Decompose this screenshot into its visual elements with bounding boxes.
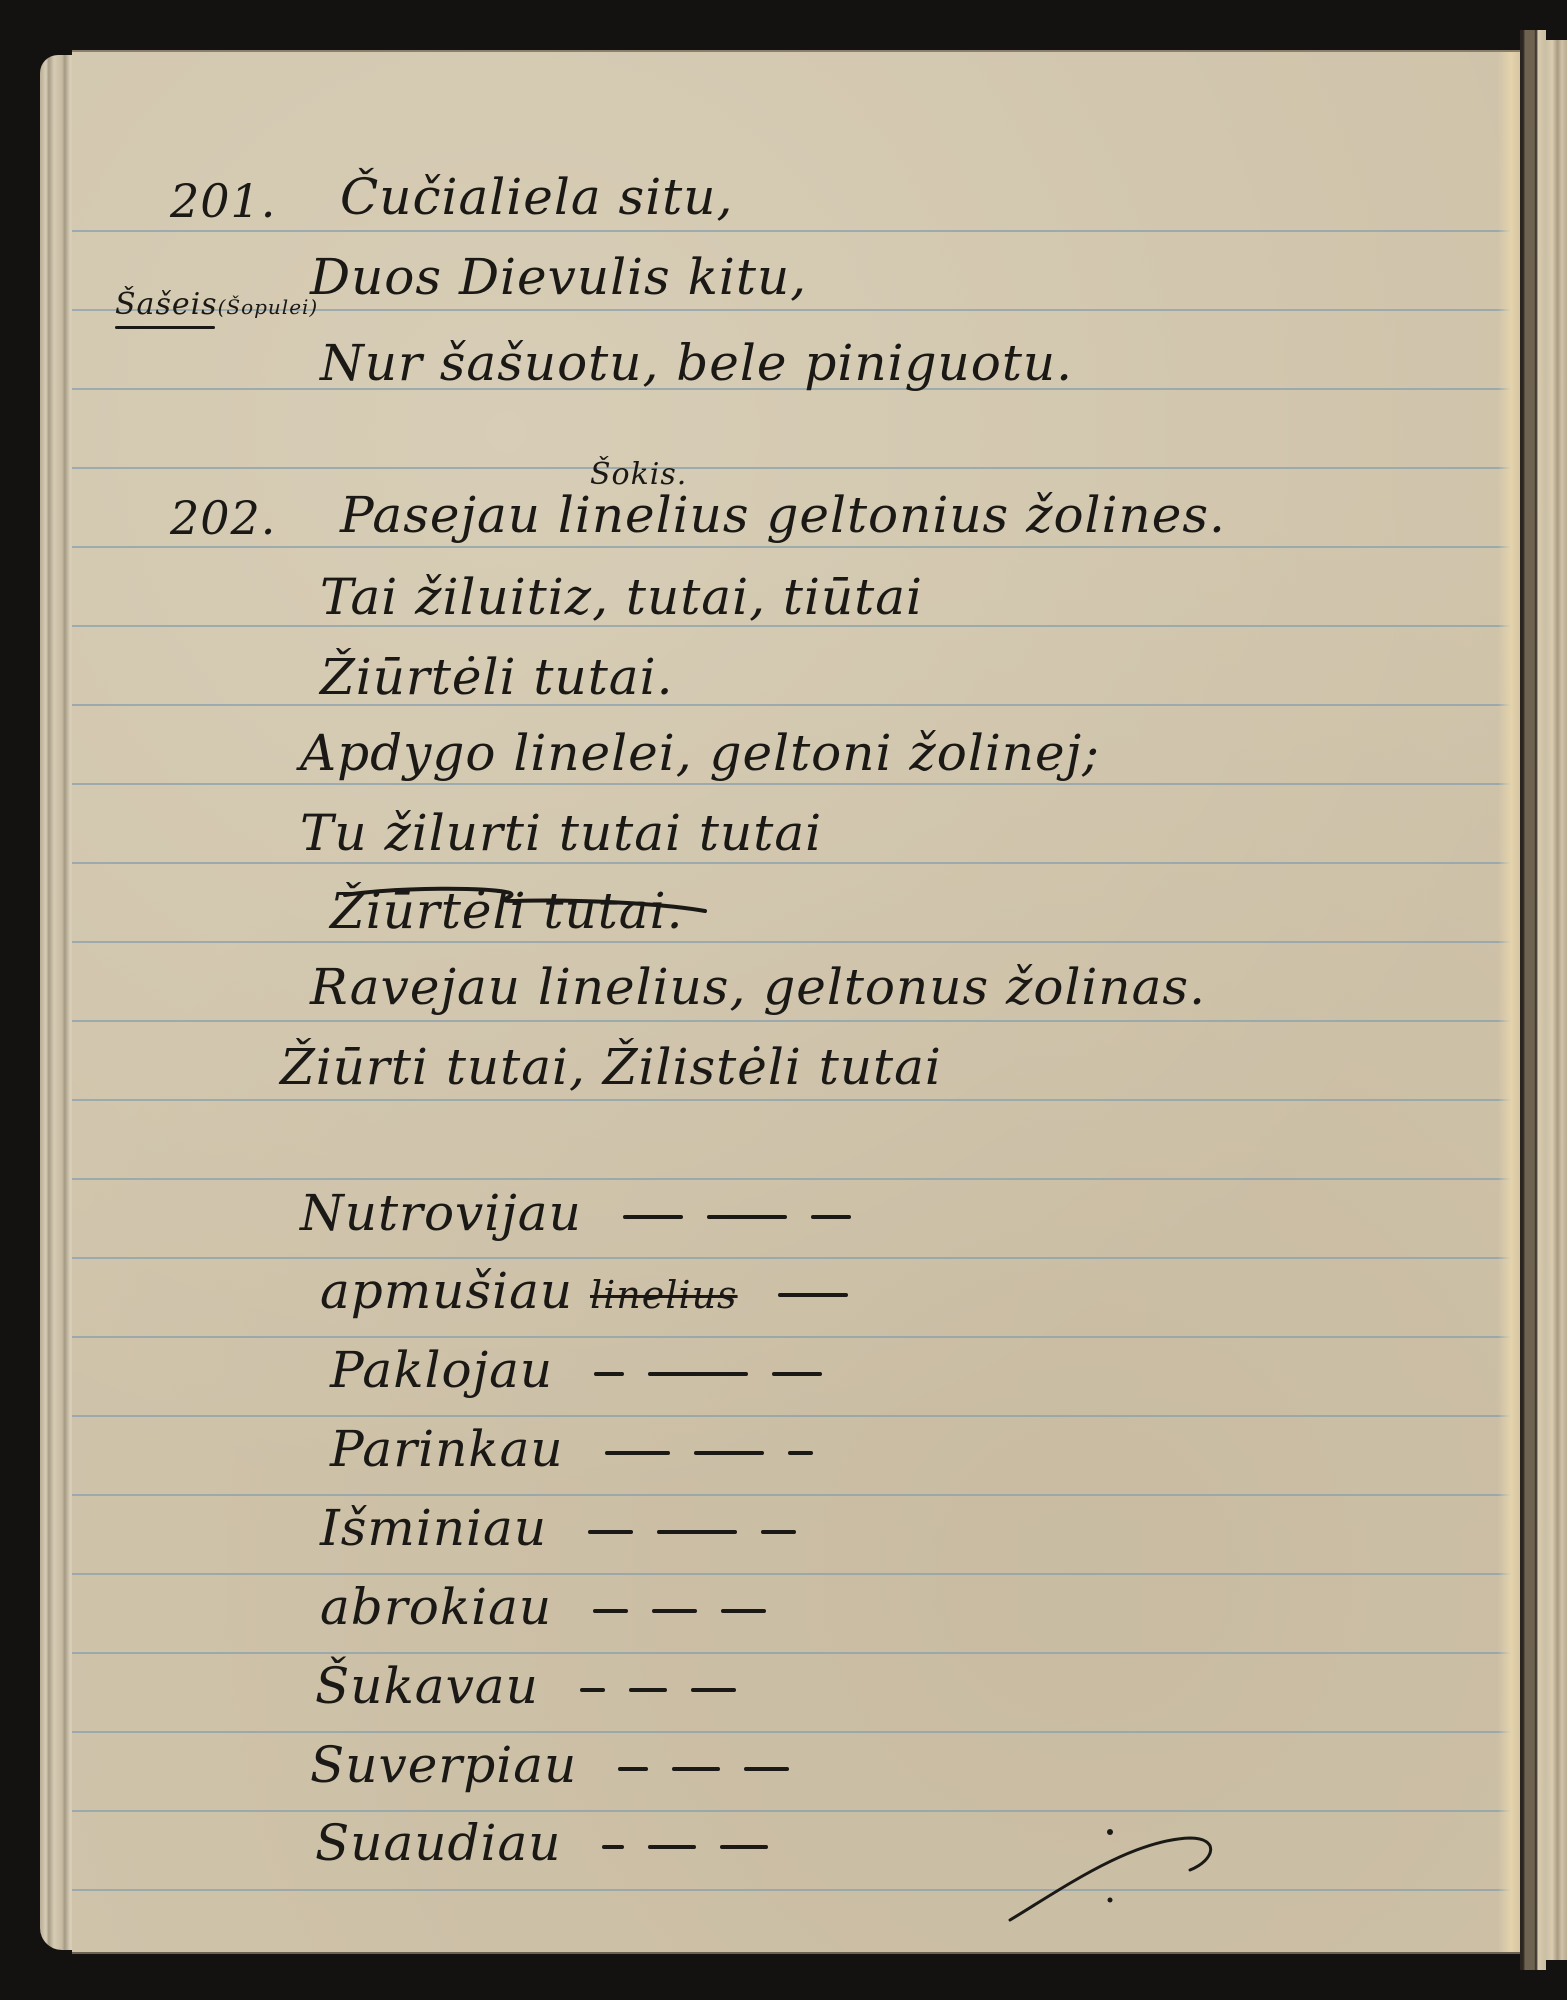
margin-note-word: Šašeis	[115, 287, 218, 322]
verb-word: Suaudiau	[315, 1814, 561, 1872]
ruled-line	[72, 1099, 1520, 1101]
verb-word: Išminiau	[320, 1499, 547, 1557]
entry-number-201: 201.	[170, 178, 276, 224]
entry-201-line-3: Nur šašuotu, bele piniguotu.	[320, 338, 1073, 388]
ruled-line	[72, 546, 1520, 548]
dash-placeholders	[556, 1661, 736, 1711]
entry-202-line-7: Ravejau linelius, geltonus žolinas.	[310, 962, 1206, 1012]
ruled-line	[72, 1494, 1520, 1496]
verb-word: abrokiau	[320, 1578, 552, 1636]
dash-placeholders	[578, 1818, 768, 1868]
dash-placeholders	[570, 1345, 822, 1395]
struck-out-word: linelius	[590, 1273, 738, 1317]
ruled-line	[72, 1020, 1520, 1022]
entry-201-line-1: Čučialiela situ,	[340, 172, 733, 222]
entry-201-line-2: Duos Dievulis kitu,	[310, 252, 807, 302]
verb-list-item: Išminiau	[320, 1503, 796, 1553]
entry-202-line-1: Pasejau linelius geltonius žolines.	[340, 490, 1226, 540]
verb-word: Šukavau	[315, 1657, 539, 1715]
dash-placeholders	[754, 1266, 848, 1316]
entry-202-line-3: Žiūrtėli tutai.	[320, 652, 673, 702]
margin-note-underline	[115, 326, 215, 329]
entry-number-202: 202.	[170, 495, 276, 541]
ruled-line	[72, 704, 1520, 706]
section-divider-squiggle	[340, 885, 710, 915]
page-edge-highlight	[1498, 52, 1520, 1952]
dash-placeholders	[564, 1503, 796, 1553]
ruled-line	[72, 1889, 1520, 1891]
ruled-line	[72, 1257, 1520, 1259]
margin-note-parenthetical: (Šopulei)	[218, 295, 319, 319]
ruled-line	[72, 1415, 1520, 1417]
notebook-gutter	[1520, 30, 1546, 1970]
dash-placeholders	[581, 1424, 813, 1474]
verb-word: Nutrovijau	[300, 1184, 582, 1242]
verb-list-item: Suaudiau	[315, 1818, 768, 1868]
verb-word: Suverpiau	[310, 1736, 577, 1794]
verb-list-item: Šukavau	[315, 1661, 736, 1711]
ruled-line	[72, 941, 1520, 943]
ruled-line	[72, 1178, 1520, 1180]
ruled-line	[72, 1336, 1520, 1338]
dash-placeholders	[569, 1582, 766, 1632]
entry-202-line-8: Žiūrti tutai, Žilistėli tutai	[280, 1042, 942, 1092]
verb-word: apmušiau	[320, 1262, 573, 1320]
verb-list-item: Paklojau	[330, 1345, 822, 1395]
ruled-line	[72, 1810, 1520, 1812]
closing-flourish	[990, 1820, 1230, 1930]
facing-page-edge	[1546, 40, 1567, 1960]
dash-placeholders	[594, 1740, 789, 1790]
ruled-line	[72, 783, 1520, 785]
ruled-line	[72, 230, 1520, 232]
verb-list-item: apmušiau linelius	[320, 1266, 848, 1316]
verb-list-item: Suverpiau	[310, 1740, 789, 1790]
ruled-line	[72, 1731, 1520, 1733]
ruled-line	[72, 1652, 1520, 1654]
dash-placeholders	[599, 1188, 851, 1238]
verb-word: Paklojau	[330, 1341, 553, 1399]
entry-202-line-2: Tai žiluitiz, tutai, tiūtai	[320, 572, 923, 622]
verb-list-item: abrokiau	[320, 1582, 766, 1632]
ruled-line	[72, 862, 1520, 864]
verb-word: Parinkau	[330, 1420, 564, 1478]
verb-list-item: Parinkau	[330, 1424, 813, 1474]
ruled-line	[72, 1573, 1520, 1575]
margin-note: Šašeis(Šopulei)	[115, 290, 318, 329]
entry-202-line-4: Apdygo linelei, geltoni žolinej;	[300, 728, 1100, 778]
entry-202-line-5: Tu žilurti tutai tutai	[300, 808, 822, 858]
ruled-line	[72, 467, 1520, 469]
verb-list-item: Nutrovijau	[300, 1188, 851, 1238]
